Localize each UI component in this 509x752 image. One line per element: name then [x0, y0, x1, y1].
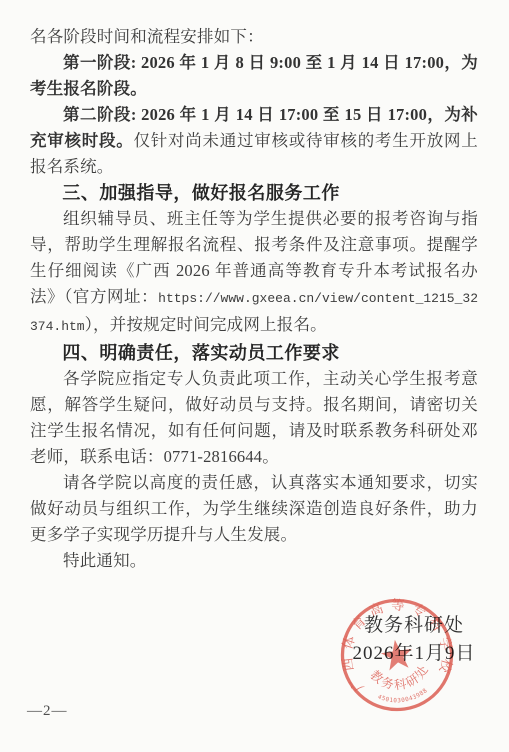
notice-body: 名各阶段时间和流程安排如下： 第一阶段: 2026 年 1 月 8 日 9:00…: [30, 24, 478, 574]
closing-notice: 特此通知。: [30, 548, 478, 574]
section3-heading: 三、加强指导，做好报名服务工作: [30, 180, 478, 206]
paragraph-closing: 请各学院以高度的责任感，认真落实本通知要求，切实做好动员与组织工作，为学生继续深…: [30, 470, 478, 548]
paragraph-phase1: 第一阶段: 2026 年 1 月 8 日 9:00 至 1 月 14 日 17:…: [30, 50, 478, 102]
paragraph-intro-continuation: 名各阶段时间和流程安排如下：: [30, 24, 478, 50]
official-seal: 广西体育高等专科学校 教务科研处 4501030043988: [325, 583, 469, 727]
section4-heading: 四、明确责任，落实动员工作要求: [30, 340, 478, 366]
document-page: 名各阶段时间和流程安排如下： 第一阶段: 2026 年 1 月 8 日 9:00…: [0, 0, 509, 752]
paragraph-section3: 组织辅导员、班主任等为学生提供必要的报考咨询与指导，帮助学生理解报名流程、报考条…: [30, 206, 478, 340]
section3-text-after-url: ），并按规定时间完成网上报名。: [85, 315, 327, 334]
paragraph-phase2: 第二阶段: 2026 年 1 月 14 日 17:00 至 15 日 17:00…: [30, 102, 478, 180]
page-number: —2—: [27, 703, 68, 720]
paragraph-section4: 各学院应指定专人负责此项工作，主动关心学生报考意愿，解答学生疑问，做好动员与支持…: [30, 366, 478, 470]
seal-star-icon: [379, 638, 414, 672]
